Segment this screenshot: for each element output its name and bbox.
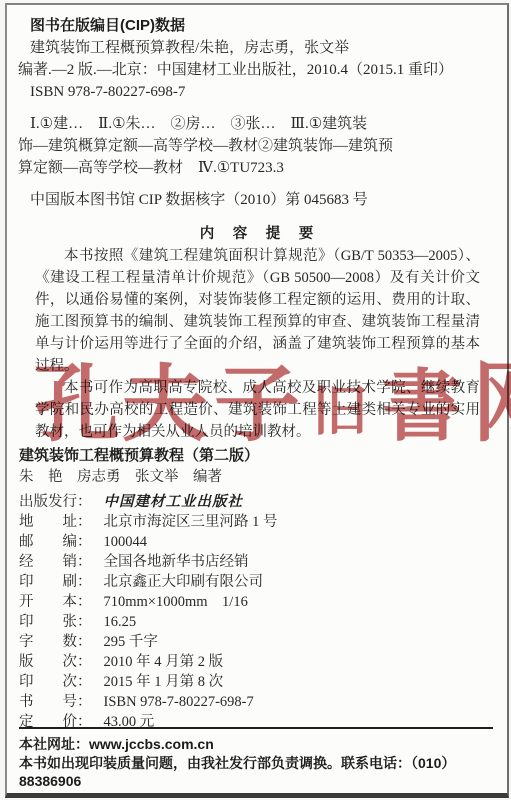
colophon-value: 北京鑫正大印刷有限公司 — [104, 572, 486, 592]
cip-classification-line-1: Ⅰ.①建… Ⅱ.①朱… ②房… ③张… Ⅲ.①建筑装 — [18, 113, 481, 135]
colophon-row-postcode: 邮 编： 100044 — [19, 532, 485, 552]
book-title: 建筑装饰工程概预算教程（第二版） — [19, 445, 485, 466]
colophon-row-impression: 印 次： 2015 年 1 月第 8 次 — [19, 672, 485, 692]
abstract-heading: 内 容 提 要 — [35, 223, 480, 245]
colophon-value: 2010 年 4 月第 2 版 — [104, 652, 486, 672]
cip-heading: 图书在版编目(CIP)数据 — [18, 15, 481, 37]
copyright-page: 图书在版编目(CIP)数据 建筑装饰工程概预算教程/朱艳，房志勇，张文举 编著.… — [0, 0, 511, 800]
cip-edition-line: 编著.—2 版.—北京：中国建材工业出版社，2010.4（2015.1 重印） — [18, 59, 481, 81]
colophon-value: 2015 年 1 月第 8 次 — [104, 672, 486, 692]
website-line: 本社网址：www.jccbs.com.cn — [19, 735, 493, 754]
colophon-label: 经 销： — [19, 552, 92, 572]
cip-classification-line-3: 算定额—高等学校—教材 Ⅳ.①TU723.3 — [18, 157, 481, 179]
colophon-row-publisher: 出版发行： 中国建材工业出版社 — [19, 492, 485, 512]
colophon-row-book-number: 书 号： ISBN 978-7-80227-698-7 — [19, 692, 485, 712]
cip-record-number-line: 中国版本图书馆 CIP 数据核字（2010）第 045683 号 — [18, 189, 481, 211]
quality-notice-line: 本书如出现印装质量问题，由我社发行部负责调换。联系电话：（010）8838690… — [19, 754, 493, 791]
colophon-row-edition: 版 次： 2010 年 4 月第 2 版 — [19, 652, 485, 672]
colophon-value: 100044 — [104, 532, 486, 552]
cip-isbn-line: ISBN 978-7-80227-698-7 — [18, 81, 481, 103]
colophon-row-printed-sheets: 印 张： 16.25 — [19, 612, 485, 632]
colophon-value: 全国各地新华书店经销 — [104, 552, 486, 572]
colophon-label: 地 址： — [19, 512, 92, 532]
publisher-name: 中国建材工业出版社 — [104, 492, 486, 512]
colophon-label: 邮 编： — [19, 532, 92, 552]
footer-block: 本社网址：www.jccbs.com.cn 本书如出现印装质量问题，由我社发行部… — [19, 727, 493, 791]
colophon-value: 710mm×1000mm 1/16 — [104, 592, 486, 612]
colophon-label: 版 次： — [19, 652, 92, 672]
colophon-label: 印 次： — [19, 672, 92, 692]
cip-block: 图书在版编目(CIP)数据 建筑装饰工程概预算教程/朱艳，房志勇，张文举 编著.… — [18, 15, 481, 211]
cip-classification-line-2: 饰—建筑概算定额—高等学校—教材②建筑装饰—建筑预 — [18, 135, 481, 157]
colophon-label: 书 号： — [19, 692, 92, 712]
colophon-block: 建筑装饰工程概预算教程（第二版） 朱 艳 房志勇 张文举 编著 出版发行： 中国… — [19, 445, 485, 732]
colophon-row-printing: 印 刷： 北京鑫正大印刷有限公司 — [19, 572, 485, 592]
abstract-paragraph-1: 本书按照《建筑工程建筑面积计算规范》（GB/T 50353—2005）、《建设工… — [35, 245, 480, 377]
colophon-label: 出版发行： — [19, 492, 92, 512]
colophon-row-format: 开 本： 710mm×1000mm 1/16 — [19, 592, 485, 612]
colophon-row-distribution: 经 销： 全国各地新华书店经销 — [19, 552, 485, 572]
abstract-block: 内 容 提 要 本书按照《建筑工程建筑面积计算规范》（GB/T 50353—20… — [35, 223, 480, 443]
colophon-label: 印 张： — [19, 612, 92, 632]
colophon-value: 北京市海淀区三里河路 1 号 — [104, 512, 486, 532]
abstract-paragraph-2: 本书可作为高职高专院校、成人高校及职业技术学院、继续教育学院和民办高校的工程造价… — [35, 377, 480, 443]
cip-title-line: 建筑装饰工程概预算教程/朱艳，房志勇，张文举 — [18, 37, 481, 59]
colophon-value: ISBN 978-7-80227-698-7 — [104, 692, 486, 712]
colophon-row-word-count: 字 数： 295 千字 — [19, 632, 485, 652]
colophon-label: 印 刷： — [19, 572, 92, 592]
authors-line: 朱 艳 房志勇 张文举 编著 — [19, 466, 485, 488]
colophon-label: 字 数： — [19, 632, 92, 652]
colophon-label: 开 本： — [19, 592, 92, 612]
colophon-value: 295 千字 — [104, 632, 486, 652]
colophon-row-address: 地 址： 北京市海淀区三里河路 1 号 — [19, 512, 485, 532]
page-sheet: 图书在版编目(CIP)数据 建筑装饰工程概预算教程/朱艳，房志勇，张文举 编著.… — [5, 3, 509, 798]
colophon-value: 16.25 — [104, 612, 486, 632]
colophon-rows: 出版发行： 中国建材工业出版社 地 址： 北京市海淀区三里河路 1 号 邮 编：… — [19, 492, 485, 732]
